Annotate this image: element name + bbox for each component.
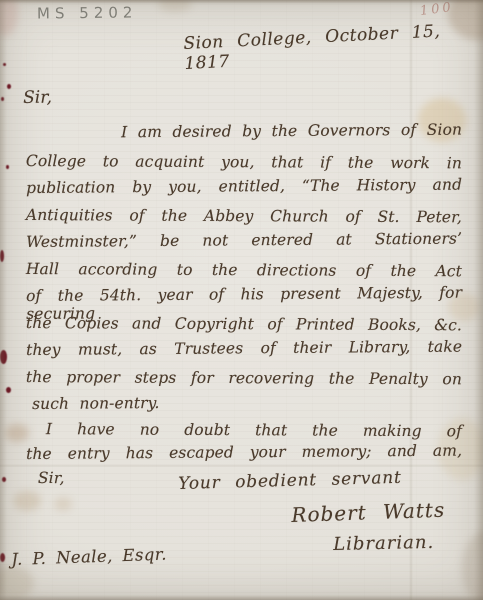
paper-edge-left: [0, 0, 7, 600]
letter-line: I am desired by the Governors of Sion: [26, 121, 462, 142]
letter-line: the entry has escaped your memory; and a…: [26, 442, 462, 463]
letter-line: such non-entry.: [32, 394, 160, 413]
paper-edge-right: [474, 0, 483, 600]
horizontal-fold-crease: [0, 464, 483, 467]
letter-line: Westminster,” be not entered at Statione…: [26, 230, 462, 251]
letter-line: Sir,: [38, 469, 65, 487]
letter-line: College to acquaint you, that if the wor…: [26, 152, 462, 172]
vertical-fold-crease: [409, 0, 413, 600]
letter-line: I have no doubt that the making of: [26, 420, 462, 440]
letter-line: Hall according to the directions of the …: [26, 260, 462, 280]
letter-line: the proper steps for recovering the Pena…: [26, 368, 462, 388]
paper-edge-top: [0, 0, 483, 4]
manuscript-letter-photo: MS 5202 100 Sion College, October 15, 18…: [0, 0, 483, 600]
letter-line: publication by you, entitled, “The Histo…: [26, 176, 462, 197]
paper-edge-bottom: [0, 595, 483, 600]
signature-title: Librarian.: [333, 532, 434, 555]
letter-line: they must, as Trustees of their Library,…: [26, 338, 462, 359]
letter-line: Antiquities of the Abbey Church of St. P…: [26, 206, 462, 226]
letter-line: the Copies and Copyright of Printed Book…: [26, 314, 462, 334]
